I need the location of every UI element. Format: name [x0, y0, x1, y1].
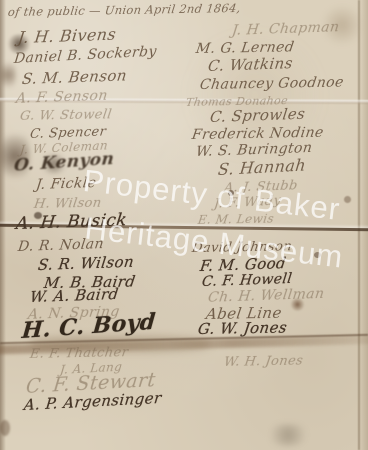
paper-right-edge-shade [360, 0, 368, 450]
signature: J. H. Chapman [231, 20, 340, 38]
signature: J. H. Bivens [17, 27, 117, 47]
signature: S. M. Benson [21, 68, 128, 87]
signature: S. R. Wilson [37, 255, 135, 273]
signature: C. Sprowles [209, 107, 306, 125]
stain-top-right [322, 4, 362, 46]
signature: W. H. Jones [223, 355, 304, 369]
signature: J. W. Coleman [19, 139, 108, 156]
signature: Frederick Nodine [191, 126, 325, 142]
watermark: Property of Baker Heritage Museum [75, 158, 350, 281]
signature: J. A. Lang [59, 361, 123, 376]
signature: G. W. Stowell [19, 108, 113, 123]
fold-crease-upper [0, 98, 368, 104]
signature: Ch. H. Wellman [207, 287, 325, 305]
scanned-document-page: of the public — Union April 2nd 1864, J.… [0, 0, 368, 450]
signature: G. W. Jones [197, 320, 288, 337]
document-header-line: of the public — Union April 2nd 1864, [7, 1, 241, 19]
paper-tonal-patch [180, 40, 330, 150]
signature: C. Spencer [29, 125, 107, 141]
signature: W. A. Baird [29, 287, 119, 305]
signature: M. G. Lerned [195, 40, 295, 56]
ink-speck [34, 212, 42, 219]
stain-blob-right [290, 298, 305, 311]
ink-blot [6, 34, 32, 54]
signature: Abel Line [205, 306, 283, 322]
signature: A. P. Argensinger [23, 391, 162, 413]
signature: W. S. Burington [195, 141, 313, 159]
signature: C. Watkins [207, 56, 294, 74]
signature: Daniel B. Sockerby [13, 44, 157, 66]
ink-smudge [40, 154, 68, 174]
signature: H. C. Boyd [21, 311, 157, 343]
signature: M. B. Baird [43, 274, 136, 291]
stain-bottom-center [264, 424, 312, 446]
signature: C. F. Stewart [25, 371, 156, 397]
signature: Chauncey Goodnoe [199, 75, 345, 92]
signature: C. F. Howell [201, 272, 293, 289]
signature: A. N. Spring [27, 305, 120, 322]
